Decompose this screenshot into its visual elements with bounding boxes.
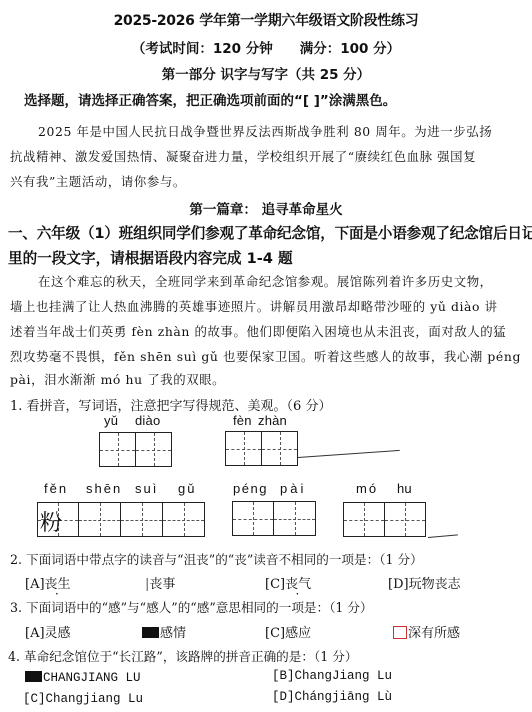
passage-line-2: 墙上也挂满了让人热血沸腾的英雄事迹照片。讲解员用激昂却略带沙哑的 yǔ diào…: [10, 297, 498, 315]
pinyin-sui: suì: [135, 481, 158, 496]
option-text: 丧事: [149, 577, 175, 592]
intro-line-3: 兴有我”主题活动，请你参与。: [10, 172, 186, 190]
writing-cell[interactable]: [385, 503, 425, 536]
pinyin-shen: shēn: [86, 481, 122, 496]
option-label: [C]: [265, 626, 285, 641]
pinyin-mo: mó: [356, 481, 378, 496]
part-title: 第一部分 识字与写字（共 25 分）: [0, 63, 532, 83]
writing-grid-mohu: [343, 502, 426, 537]
writing-grid-fenshensuigu: 粉: [37, 502, 205, 537]
option-label: [A]: [25, 577, 45, 592]
writing-cell[interactable]: [100, 433, 136, 466]
passage-line-3: 述着当年战士们英勇 fèn zhàn 的故事。他们即便陷入困境也从未沮丧，面对敌…: [10, 322, 506, 340]
writing-cell[interactable]: [163, 503, 204, 536]
option-text: 玩物丧志: [409, 577, 461, 592]
pinyin-fen3: fěn: [44, 481, 68, 496]
exam-title: 2025-2026 学年第一学期六年级语文阶段性练习: [0, 10, 532, 30]
pencil-stroke: [298, 450, 400, 458]
q2-option-d[interactable]: [D]玩物丧志: [388, 573, 461, 592]
writing-cell[interactable]: [121, 503, 163, 536]
q4-option-d[interactable]: [D]Chángjiāng Lù: [272, 690, 392, 704]
writing-cell[interactable]: [79, 503, 121, 536]
q4-prompt: 4. 革命纪念馆位于“长江路”，该路牌的拼音正确的是：（1 分）: [8, 646, 357, 665]
q4-option-c[interactable]: [C]Changjiang Lu: [23, 692, 143, 706]
writing-cell[interactable]: 粉: [38, 503, 79, 536]
option-text: CHANGJIANG LU: [43, 671, 141, 685]
pinyin-gu: gǔ: [178, 481, 196, 496]
option-label: [C]: [265, 577, 285, 592]
filled-answer-box[interactable]: [25, 671, 42, 682]
pencil-stroke: [428, 534, 458, 538]
writing-cell[interactable]: [344, 503, 385, 536]
pinyin-peng: péng: [233, 481, 268, 496]
option-label: [D]: [272, 690, 295, 704]
pinyin-diao: diào: [135, 413, 160, 428]
q1-prompt: 1. 看拼音，写词语，注意把字写得规范、美观。（6 分）: [10, 395, 331, 414]
option-text: 丧生: [45, 577, 71, 592]
passage-line-5: pài，泪水渐渐 mó hu 了我的双眼。: [10, 370, 225, 388]
writing-cell[interactable]: [233, 502, 274, 535]
pinyin-hu: hu: [397, 481, 412, 496]
passage-line-4: 烈攻势毫不畏惧，fěn shēn suì gǔ 也要保家卫国。听着这些感人的故事…: [10, 347, 521, 365]
writing-cell[interactable]: [274, 502, 315, 535]
filled-answer-box[interactable]: [142, 627, 159, 638]
writing-grid-yudiao: [99, 432, 172, 467]
option-label: [B]: [272, 669, 295, 683]
pinyin-pai: pài: [280, 481, 306, 496]
writing-cell[interactable]: [136, 433, 171, 466]
writing-grid-fenzhan: [225, 431, 298, 466]
writing-cell[interactable]: [262, 432, 297, 465]
writing-grid-pengpai: [232, 501, 316, 536]
q3-prompt: 3. 下面词语中的“感”与“感人”的“感”意思相同的一项是：（1 分）: [10, 597, 373, 616]
red-marked-answer-box[interactable]: [393, 626, 407, 639]
q3-option-b[interactable]: 感情: [142, 622, 186, 641]
instruction: 选择题，请选择正确答案，把正确选项前面的“[ ]”涂满黑色。: [24, 89, 396, 109]
option-text: 感情: [160, 626, 186, 641]
option-text: Chángjiāng Lù: [295, 690, 393, 704]
writing-cell[interactable]: [226, 432, 262, 465]
q3-option-c[interactable]: [C]感应: [265, 622, 311, 641]
q2-prompt: 2. 下面词语中带点字的读音与“沮丧”的“丧”读音不相同的一项是：（1 分）: [10, 549, 423, 568]
option-label: [D]: [388, 577, 409, 592]
chapter-title: 第一篇章： 追寻革命星火: [0, 198, 532, 218]
q3-option-a[interactable]: [A]灵感: [25, 622, 71, 641]
pinyin-fen: fèn: [233, 413, 252, 428]
q4-option-b[interactable]: [B]ChangJiang Lu: [272, 669, 392, 683]
exam-info: （考试时间：120 分钟 满分：100 分）: [0, 37, 532, 57]
handwritten-answer: 粉: [40, 506, 58, 537]
passage-line-1: 在这个难忘的秋天，全班同学来到革命纪念馆参观。展馆陈列着许多历史文物，: [38, 272, 493, 290]
section-heading-line-2: 里的一段文字，请根据语段内容完成 1-4 题: [8, 247, 293, 268]
q4-option-a[interactable]: CHANGJIANG LU: [25, 671, 141, 685]
pinyin-zhan: zhàn: [258, 413, 287, 428]
intro-line-1: 2025 年是中国人民抗日战争暨世界反法西斯战争胜利 80 周年。为进一步弘扬: [38, 122, 492, 140]
q2-option-b[interactable]: |丧事: [145, 573, 175, 592]
option-text: 感应: [285, 626, 311, 641]
option-text: 灵感: [45, 626, 71, 641]
option-text: ChangJiang Lu: [295, 669, 393, 683]
option-label: [C]: [23, 692, 46, 706]
option-label: [A]: [25, 626, 45, 641]
pinyin-yu: yǔ: [104, 413, 118, 428]
option-text: Changjiang Lu: [46, 692, 144, 706]
intro-line-2: 抗战精神、激发爱国热情、凝聚奋进力量，学校组织开展了“赓续红色血脉 强国复: [10, 147, 476, 165]
q2-option-a[interactable]: [A]丧生: [25, 573, 71, 592]
q3-option-d[interactable]: 深有所感: [393, 622, 460, 641]
option-text: 丧气: [285, 577, 311, 592]
option-text: 深有所感: [408, 626, 460, 641]
section-heading-line-1: 一、六年级（1）班组织同学们参观了革命纪念馆，下面是小语参观了纪念馆后日记: [8, 222, 532, 243]
q2-option-c[interactable]: [C]丧气: [265, 573, 311, 592]
